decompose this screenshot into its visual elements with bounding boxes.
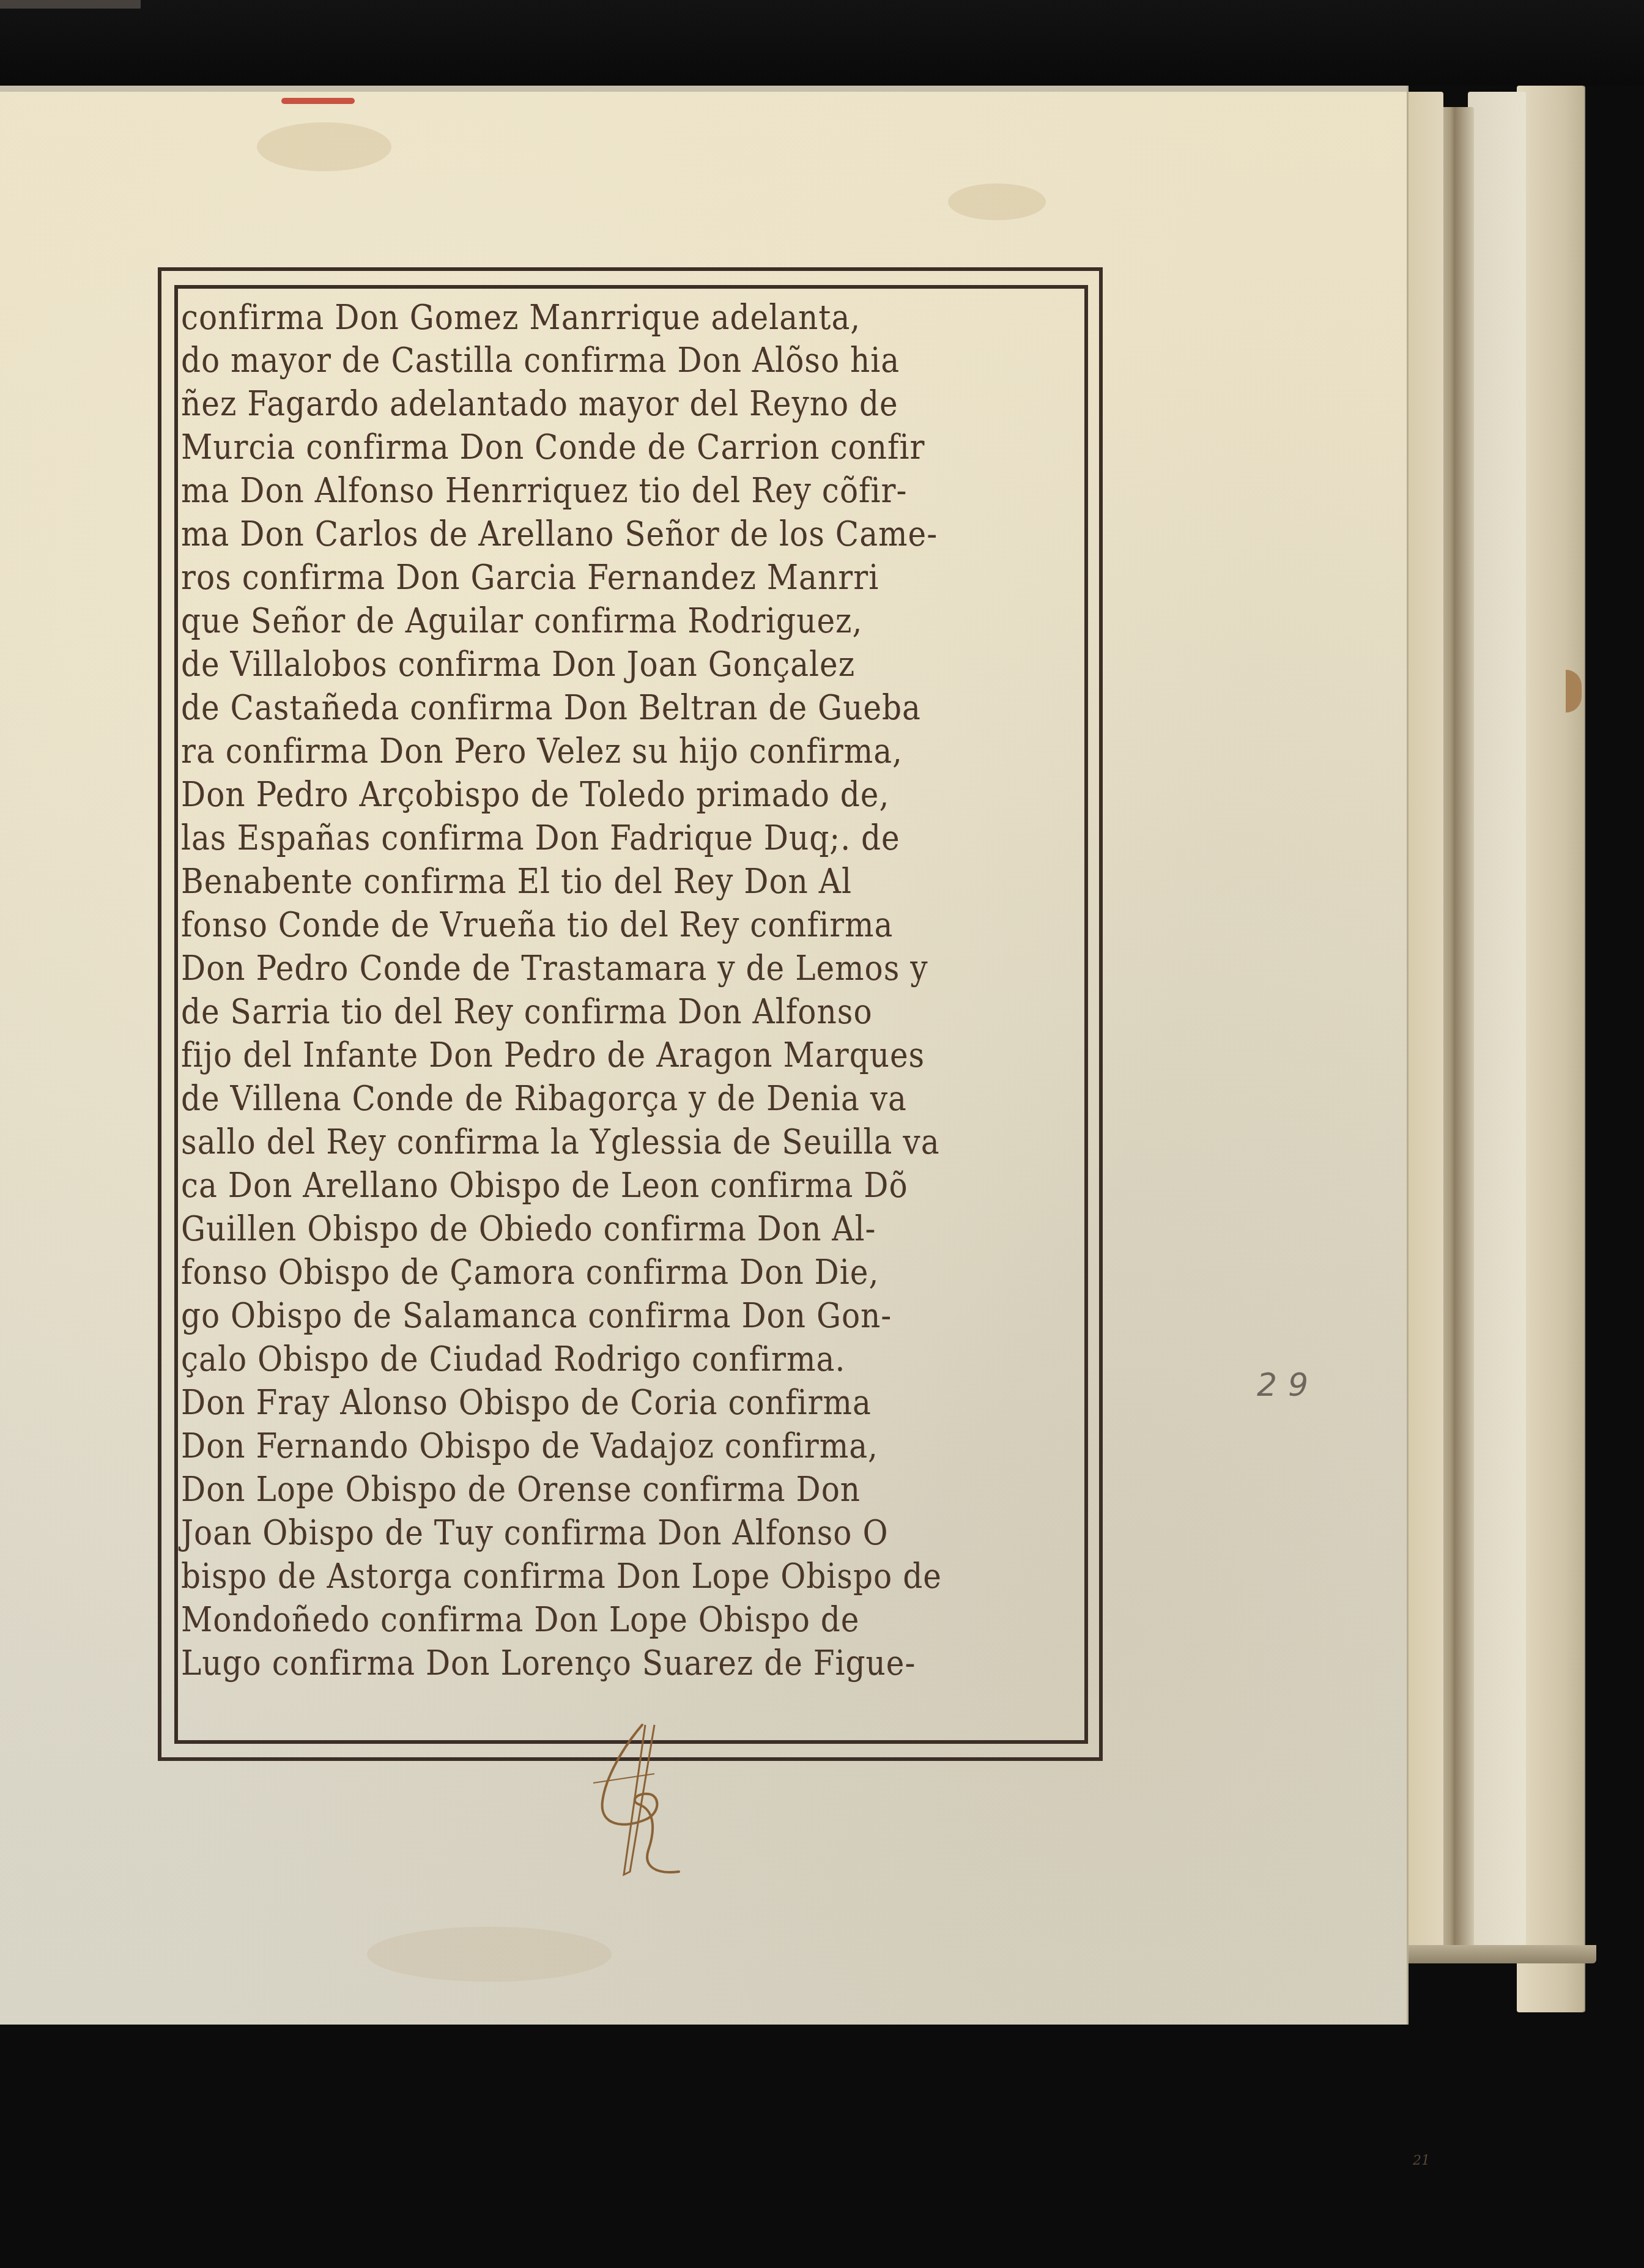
text-line: fijo del Infante Don Pedro de Aragon Mar… xyxy=(181,1036,1074,1075)
text-line: que Señor de Aguilar confirma Rodriguez, xyxy=(181,602,1074,641)
stack-page-note: 21 xyxy=(1413,2153,1430,2168)
stacked-page-edge xyxy=(1468,92,1526,1951)
text-line: las Españas confirma Don Fadrique Duq;. … xyxy=(181,819,1074,858)
text-line: Don Fernando Obispo de Vadajoz confirma, xyxy=(181,1427,1074,1466)
text-line: fonso Conde de Vrueña tio del Rey confir… xyxy=(181,906,1074,945)
text-line: Don Pedro Arçobispo de Toledo primado de… xyxy=(181,776,1074,815)
background-top xyxy=(0,0,1644,86)
text-line: Joan Obispo de Tuy confirma Don Alfonso … xyxy=(181,1514,1074,1553)
text-line: çalo Obispo de Ciudad Rodrigo confirma. xyxy=(181,1340,1074,1379)
text-line: de Villalobos confirma Don Joan Gonçalez xyxy=(181,645,1074,684)
text-line: ca Don Arellano Obispo de Leon confirma … xyxy=(181,1166,1074,1206)
text-line: ñez Fagardo adelantado mayor del Reyno d… xyxy=(181,385,1074,424)
red-wax-mark xyxy=(281,98,355,104)
text-line: de Sarria tio del Rey confirma Don Alfon… xyxy=(181,993,1074,1032)
text-line: Don Pedro Conde de Trastamara y de Lemos… xyxy=(181,949,1074,988)
text-line: Mondoñedo confirma Don Lope Obispo de xyxy=(181,1601,1074,1640)
foxing-stain xyxy=(948,183,1046,220)
text-line: fonso Obispo de Çamora confirma Don Die, xyxy=(181,1253,1074,1292)
text-line: go Obispo de Salamanca confirma Don Gon- xyxy=(181,1297,1074,1336)
text-line: Murcia confirma Don Conde de Carrion con… xyxy=(181,428,1074,467)
text-line: sallo del Rey confirma la Yglessia de Se… xyxy=(181,1123,1074,1162)
pencil-folio-number: 29 xyxy=(1257,1367,1319,1404)
stacked-page-edge xyxy=(1407,92,1443,1957)
manuscript-text: confirma Don Gomez Manrrique adelanta, d… xyxy=(181,292,1079,1736)
text-line: ros confirma Don Garcia Fernandez Manrri xyxy=(181,558,1074,598)
foxing-stain xyxy=(257,122,391,171)
text-line: de Villena Conde de Ribagorça y de Denia… xyxy=(181,1080,1074,1119)
rubric-signature-icon xyxy=(587,1722,697,1881)
background-strip xyxy=(0,0,141,9)
text-line: de Castañeda confirma Don Beltran de Gue… xyxy=(181,689,1074,728)
text-line: Guillen Obispo de Obiedo confirma Don Al… xyxy=(181,1210,1074,1249)
text-line: ma Don Carlos de Arellano Señor de los C… xyxy=(181,515,1074,554)
text-line: Don Fray Alonso Obispo de Coria confirma xyxy=(181,1384,1074,1423)
text-line: ma Don Alfonso Henrriquez tio del Rey cõ… xyxy=(181,472,1074,511)
text-line: bispo de Astorga confirma Don Lope Obisp… xyxy=(181,1557,1074,1596)
stacked-page-edge xyxy=(1517,86,1584,2012)
foxing-stain xyxy=(367,1927,612,1982)
stacked-page-bottom xyxy=(1401,1945,1596,1963)
text-line: do mayor de Castilla confirma Don Alõso … xyxy=(181,341,1074,380)
text-line: ra confirma Don Pero Velez su hijo confi… xyxy=(181,732,1074,771)
text-line: confirma Don Gomez Manrrique adelanta, xyxy=(181,298,1074,338)
text-line: Don Lope Obispo de Orense confirma Don xyxy=(181,1470,1074,1510)
leaf-top-edge xyxy=(0,86,1407,92)
text-line: Lugo confirma Don Lorenço Suarez de Figu… xyxy=(181,1644,1074,1683)
text-line: Benabente confirma El tio del Rey Don Al xyxy=(181,862,1074,902)
